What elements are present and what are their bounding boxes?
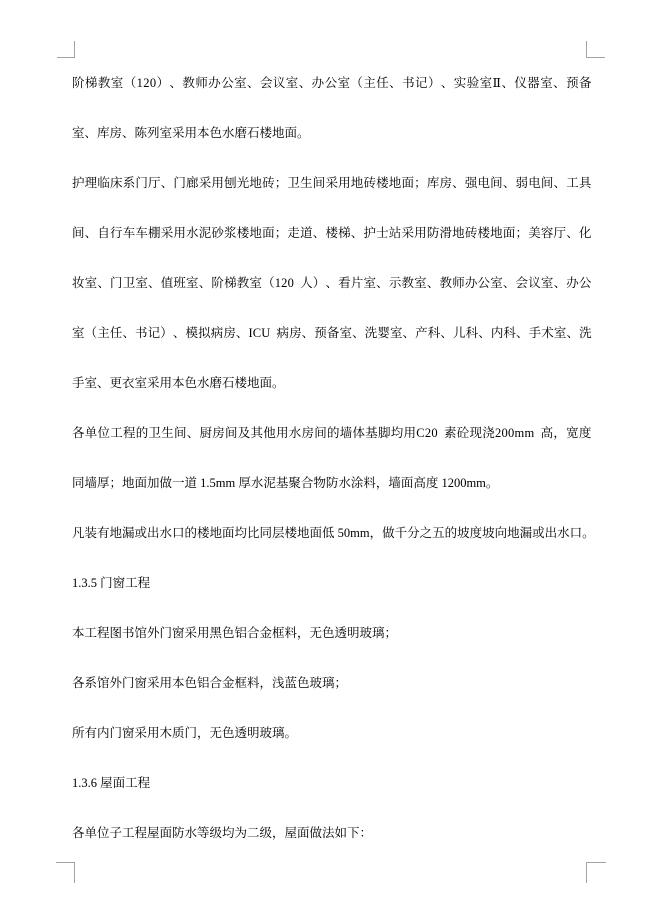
text-line: 妆室、门卫室、值班室、阶梯教室（120人）、看片室、示教室、教师办公室、会议室、… — [72, 258, 592, 308]
text-line: 凡装有地漏或出水口的楼地面均比同层楼地面低 50mm，做千分之五的坡度坡向地漏或… — [72, 508, 592, 558]
text-line: 各单位工程的卫生间、厨房间及其他用水房间的墙体基脚均用C20素砼现浇200mm高… — [72, 408, 592, 458]
text-line: 手室、更衣室采用本色水磨石楼地面。 — [72, 358, 592, 408]
text-line: 室（主任、书记）、模拟病房、ICU病房、预备室、洗婴室、产科、儿科、内科、手术室… — [72, 308, 592, 358]
text-line: 各系馆外门窗采用本色铝合金框料，浅蓝色玻璃； — [72, 658, 592, 708]
text-line: 本工程图书馆外门窗采用黑色铝合金框料，无色透明玻璃； — [72, 608, 592, 658]
document-page: { "page": { "background": "#ffffff", "te… — [0, 0, 656, 903]
heading-line: 1.3.5 门窗工程 — [72, 558, 592, 608]
text-line: 室、库房、陈列室采用本色水磨石楼地面。 — [72, 108, 592, 158]
crop-mark-top-left-vertical — [74, 41, 75, 58]
crop-mark-bottom-right-horizontal — [586, 862, 606, 863]
crop-mark-bottom-right-vertical — [586, 862, 587, 883]
text-line: 阶梯教室（120）、教师办公室、会议室、办公室（主任、书记）、实验室Ⅱ、仪器室、… — [72, 58, 592, 108]
heading-line: 1.3.6 屋面工程 — [72, 758, 592, 808]
page-background: 阶梯教室（120）、教师办公室、会议室、办公室（主任、书记）、实验室Ⅱ、仪器室、… — [0, 0, 656, 903]
crop-mark-bottom-left-horizontal — [56, 862, 75, 863]
text-area: 阶梯教室（120）、教师办公室、会议室、办公室（主任、书记）、实验室Ⅱ、仪器室、… — [72, 58, 592, 858]
text-line: 间、自行车车棚采用水泥砂浆楼地面；走道、楼梯、护士站采用防滑地砖楼地面；美容厅、… — [72, 208, 592, 258]
text-line: 护理临床系门厅、门廊采用刨光地砖；卫生间采用地砖楼地面；库房、强电间、弱电间、工… — [72, 158, 592, 208]
text-line: 所有内门窗采用木质门，无色透明玻璃。 — [72, 708, 592, 758]
crop-mark-bottom-left-vertical — [74, 862, 75, 883]
text-line: 同墙厚；地面加做一道 1.5mm 厚水泥基聚合物防水涂料，墙面高度 1200mm… — [72, 458, 592, 508]
text-line: 各单位子工程屋面防水等级均为二级，屋面做法如下： — [72, 808, 592, 858]
crop-mark-top-right-vertical — [586, 41, 587, 58]
